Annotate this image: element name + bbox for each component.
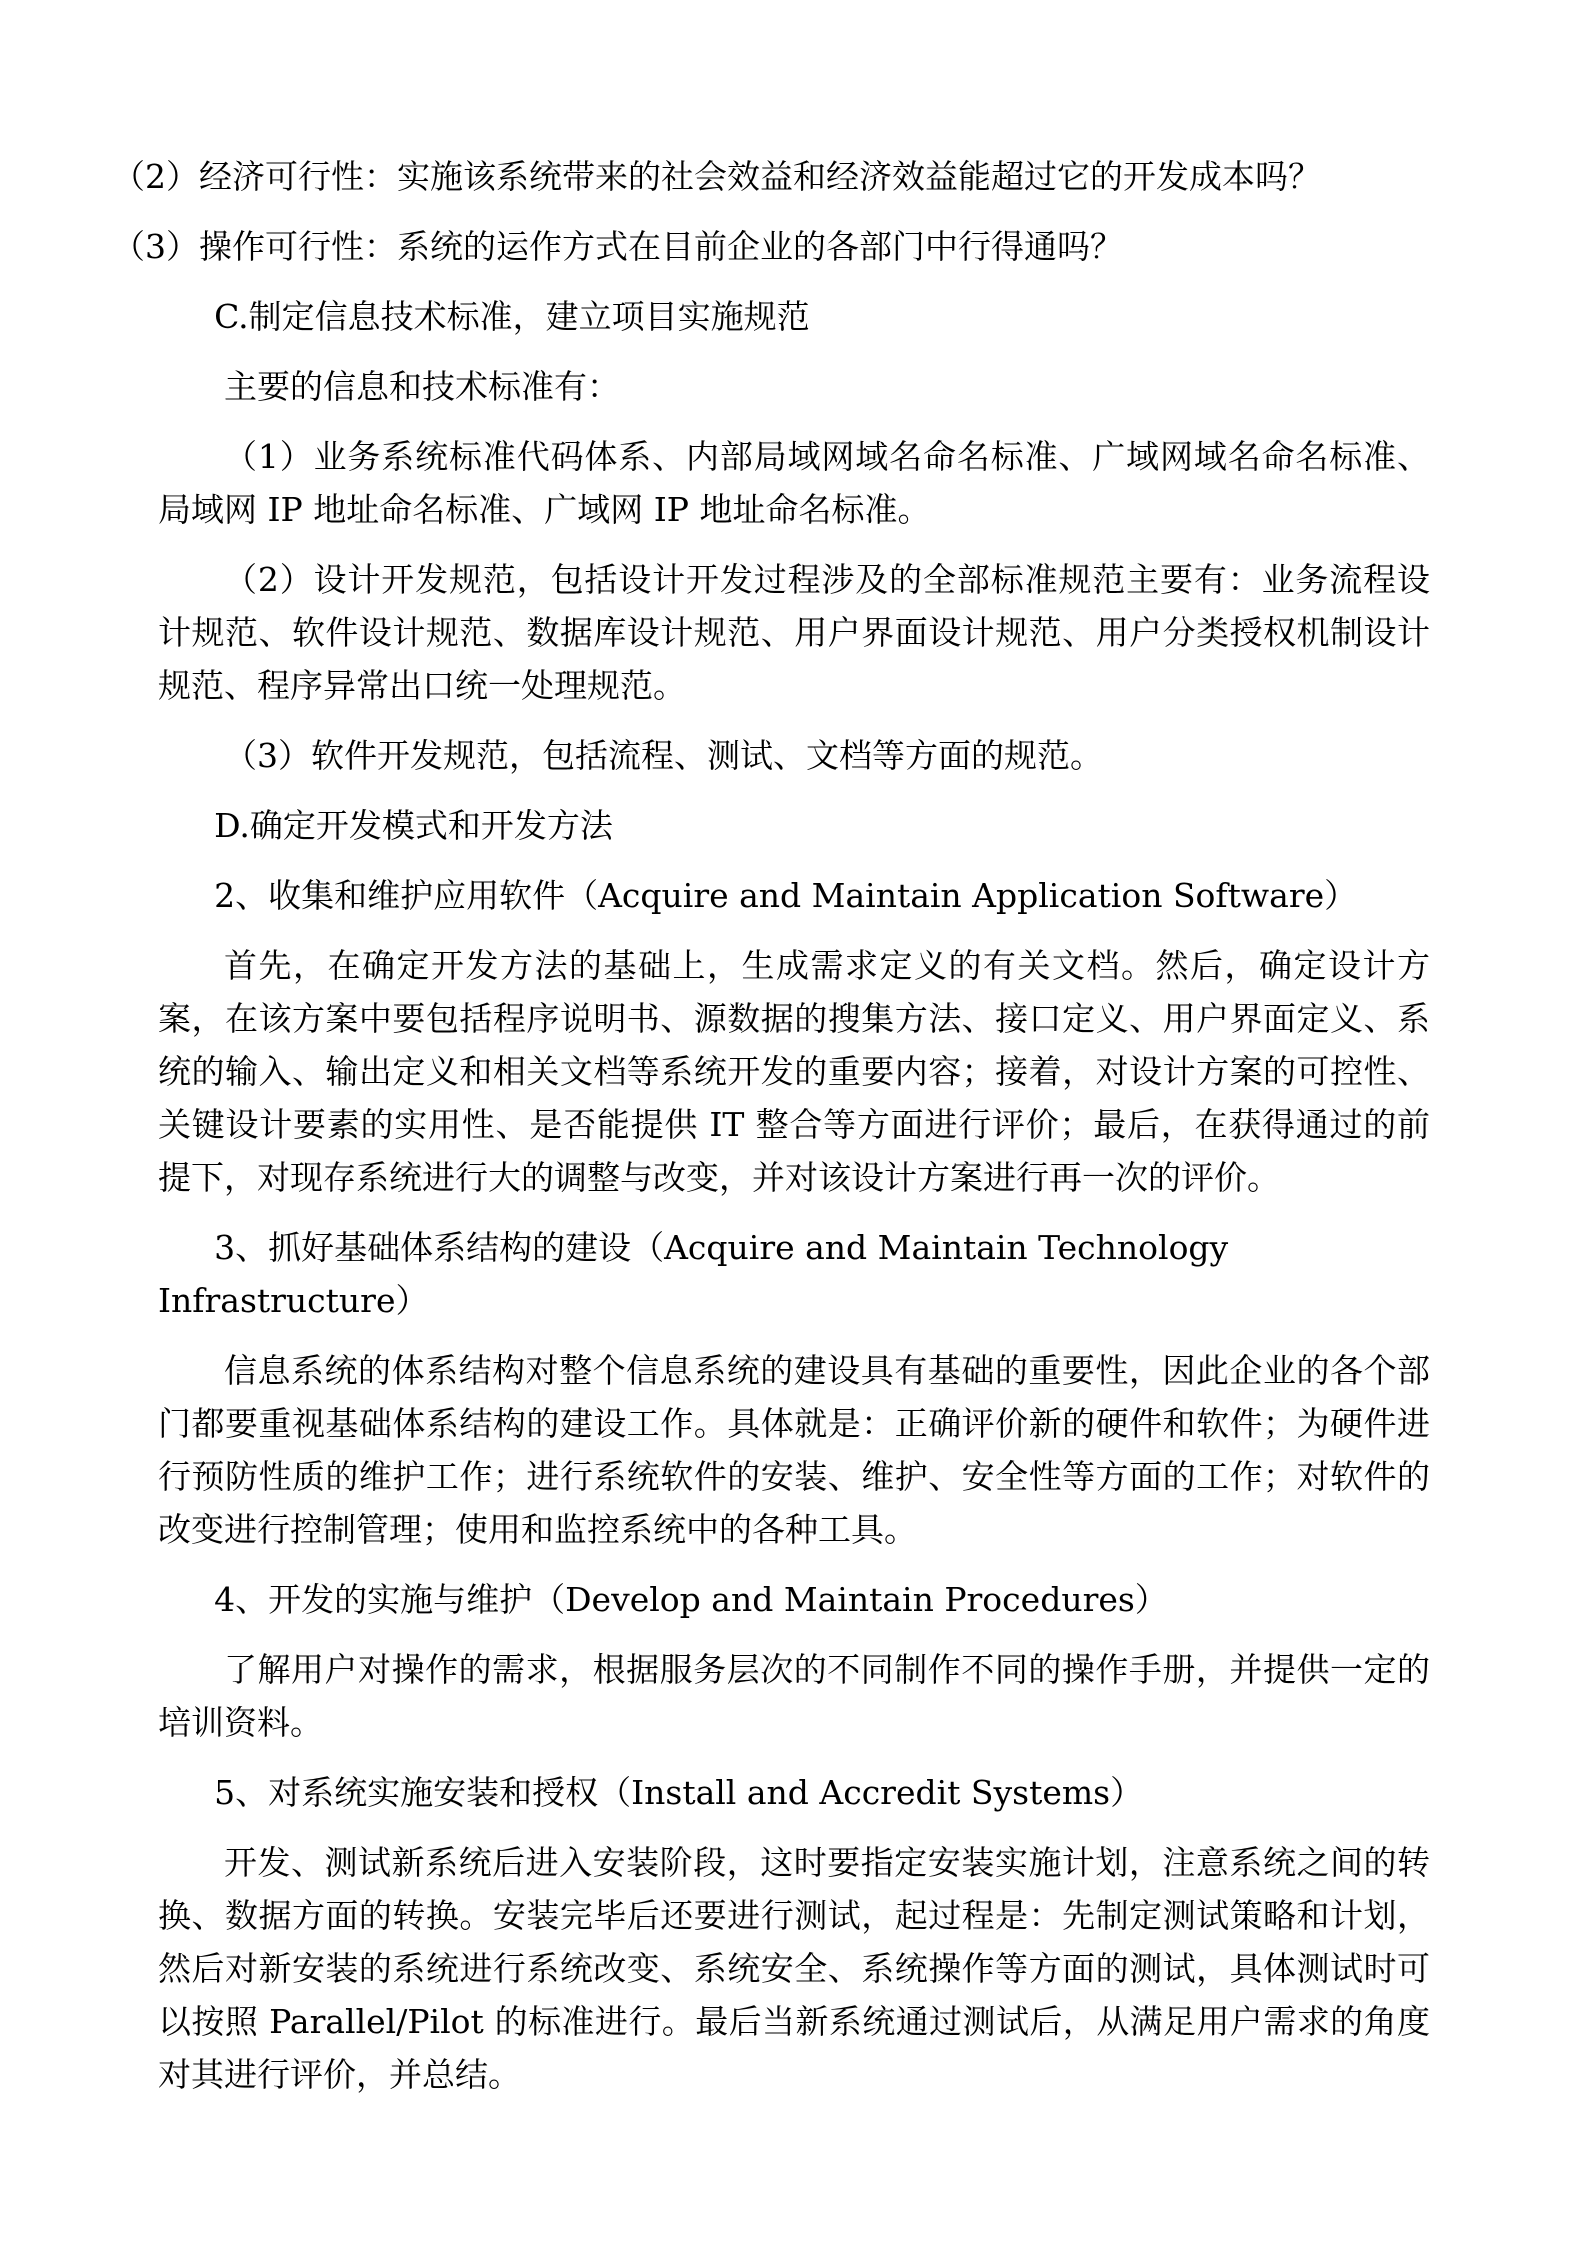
item-1-code-systems: （1）业务系统标准代码体系、内部局域网域名命名标准、广域网域名命名标准、局域网 …	[158, 430, 1430, 536]
document-page: （2）经济可行性：实施该系统带来的社会效益和经济效益能超过它的开发成本吗？ （3…	[158, 150, 1430, 2118]
heading-c-it-standards: C.制定信息技术标准，建立项目实施规范	[158, 290, 1430, 343]
para-install-detail: 开发、测试新系统后进入安装阶段，这时要指定安装实施计划，注意系统之间的转换、数据…	[158, 1836, 1430, 2101]
para-procedures-detail: 了解用户对操作的需求，根据服务层次的不同制作不同的操作手册，并提供一定的培训资料…	[158, 1643, 1430, 1749]
item-operational-feasibility: （3）操作可行性：系统的运作方式在目前企业的各部门中行得通吗？	[112, 220, 1430, 273]
para-acquire-software-detail: 首先，在确定开发方法的基础上，生成需求定义的有关文档。然后，确定设计方案，在该方…	[158, 939, 1430, 1204]
heading-5-install: 5、对系统实施安装和授权（Install and Accredit System…	[158, 1766, 1430, 1819]
item-2-design-specs: （2）设计开发规范，包括设计开发过程涉及的全部标准规范主要有：业务流程设计规范、…	[158, 553, 1430, 712]
item-3-software-specs: （3）软件开发规范，包括流程、测试、文档等方面的规范。	[158, 729, 1430, 782]
heading-4-procedures: 4、开发的实施与维护（Develop and Maintain Procedur…	[158, 1573, 1430, 1626]
item-economic-feasibility: （2）经济可行性：实施该系统带来的社会效益和经济效益能超过它的开发成本吗？	[112, 150, 1430, 203]
heading-3-infrastructure: 3、抓好基础体系结构的建设（Acquire and Maintain Techn…	[158, 1221, 1430, 1327]
heading-d-dev-model: D.确定开发模式和开发方法	[158, 799, 1430, 852]
para-infrastructure-detail: 信息系统的体系结构对整个信息系统的建设具有基础的重要性，因此企业的各个部门都要重…	[158, 1344, 1430, 1556]
intro-standards: 主要的信息和技术标准有：	[158, 360, 1430, 413]
heading-2-acquire-software: 2、收集和维护应用软件（Acquire and Maintain Applica…	[158, 869, 1430, 922]
